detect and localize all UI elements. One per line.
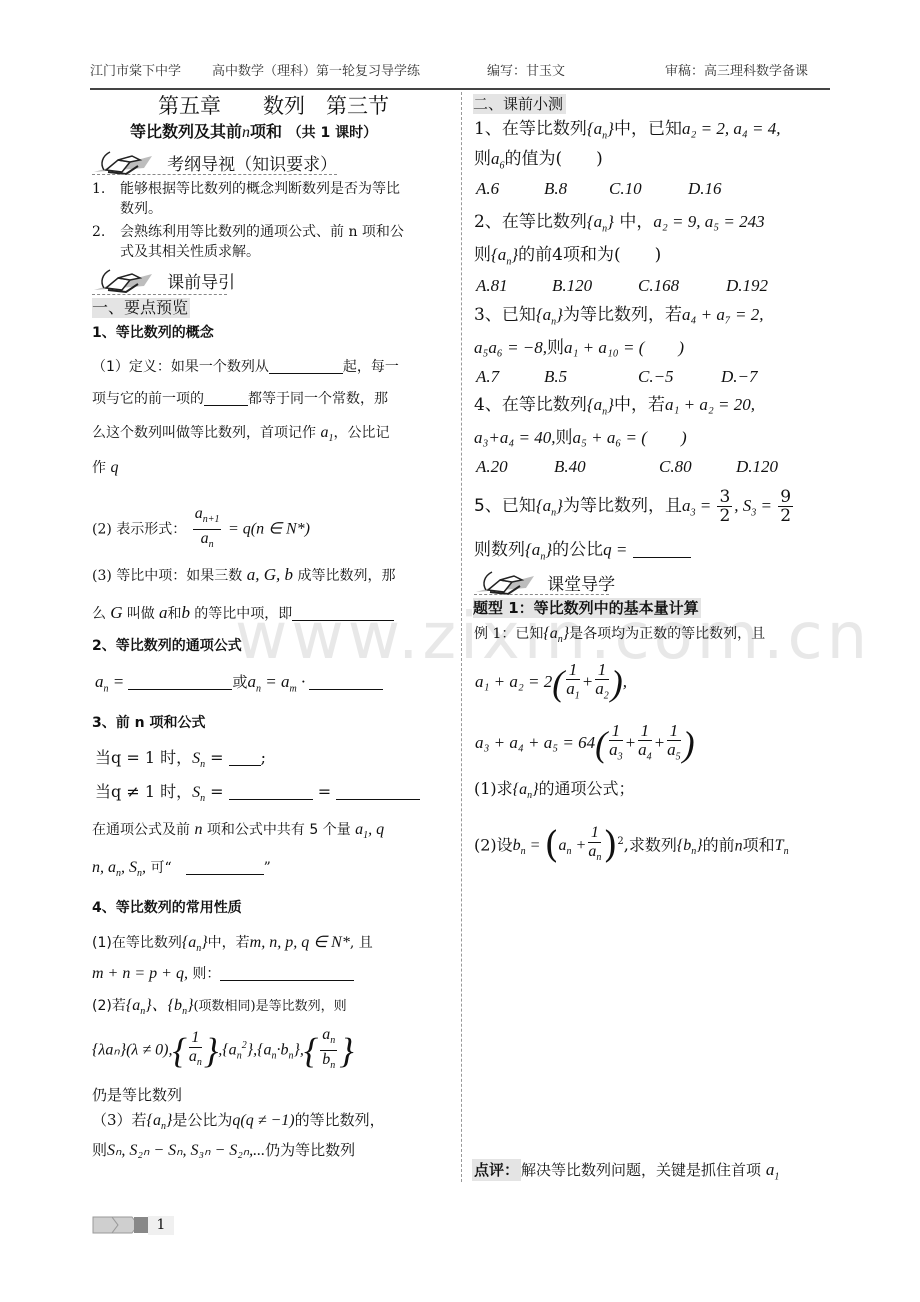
text: 的公比	[552, 540, 603, 560]
page-number: 1	[148, 1216, 174, 1235]
text: 是各项均为正数的等比数列，且	[569, 626, 765, 642]
text: 中，若	[614, 395, 665, 415]
text: 的等比数列，	[295, 1111, 385, 1129]
option-c[interactable]: C.10	[609, 179, 642, 199]
property-2-line1: (2)若{an}、{bn}(项数相同)是等比数列，则	[92, 996, 347, 1022]
text: 叫做	[127, 606, 155, 622]
part-title-preview: 一、要点预览	[92, 298, 190, 318]
text: 的通项公式；	[538, 779, 634, 798]
text: 项与它的前一项的	[92, 391, 204, 407]
text: 3、已知	[474, 305, 536, 325]
fill-blank[interactable]	[269, 357, 343, 374]
item-number: 1.	[92, 181, 105, 197]
example-1-equation-1: a₁ + a₂ = 2(1a1+1a2),	[475, 660, 627, 705]
quiz-question-3-ask: a₅a₆ = −8,则a₁ + a₁₀ = ( )	[474, 338, 684, 358]
fill-blank[interactable]	[336, 783, 420, 800]
text: 仍为等比数列	[265, 1141, 355, 1159]
properties-heading: 4、等比数列的常用性质	[92, 898, 242, 918]
option-a[interactable]: A.81	[476, 276, 508, 296]
text: 的前4项和为( )	[518, 245, 661, 265]
text: 4、在等比数列	[474, 395, 587, 415]
concept-heading: 1、等比数列的概念	[92, 323, 214, 343]
option-c[interactable]: C.168	[638, 276, 679, 296]
chapter-title: 第五章 数列 第三节	[158, 96, 389, 116]
option-c[interactable]: C.80	[659, 457, 692, 477]
general-term-formula: an = 或an = am ·	[95, 672, 383, 699]
text: 为等比数列，若	[563, 305, 682, 325]
text: 则数列	[474, 540, 525, 560]
fill-blank[interactable]	[229, 783, 313, 800]
option-a[interactable]: A.6	[476, 179, 499, 199]
option-b[interactable]: B.5	[544, 367, 567, 387]
quiz-question-1-ask: 则a6的值为( )	[474, 149, 603, 176]
section-title-class: 课堂导学	[547, 575, 615, 595]
text: (2) 表示形式：	[92, 522, 186, 538]
definition-line3: 么这个数列叫做等比数列，首项记作 a1，公比记	[92, 423, 389, 449]
quiz-question-1: 1、在等比数列{an}中，已知a₂ = 2, a₄ = 4,	[474, 119, 780, 146]
form-equation: = q(n ∈ N*)	[228, 521, 310, 538]
text: 成等比数列，那	[297, 568, 395, 584]
text: 中，若	[208, 935, 250, 951]
requirement-item: 2.	[92, 222, 105, 242]
geometric-mean-line1: (3) 等比中项：如果三数 a, G, b 成等比数列，那	[92, 565, 395, 586]
math: Sₙ, S₂ₙ − Sₙ, S₃ₙ − S₂ₙ,...	[107, 1142, 265, 1159]
definition-line1: （1）定义：如果一个数列从起，每一	[92, 357, 399, 377]
requirement-text: 式及其相关性质求解。	[120, 242, 260, 262]
text: 当q = 1 时，	[95, 748, 192, 767]
fill-blank[interactable]	[309, 673, 383, 690]
comment-label: 点评：	[472, 1159, 521, 1181]
property-3-line2: 则Sₙ, S₂ₙ − Sₙ, S₃ₙ − S₂ₙ,...仍为等比数列	[92, 1140, 355, 1161]
math: a₃+a₄ = 40,	[474, 428, 556, 447]
option-d[interactable]: D.120	[736, 457, 778, 477]
page-header: 江门市棠下中学 高中数学（理科）第一轮复习导学练 编写：甘玉文 审稿：高三理科数…	[90, 56, 830, 80]
fill-blank[interactable]	[292, 604, 394, 621]
math: q(q ≠ −1)	[232, 1112, 294, 1129]
text: 则	[547, 338, 564, 358]
subtitle-n: n	[242, 124, 250, 141]
header-school: 江门市棠下中学	[90, 60, 181, 79]
math: a₄ + a₇ = 2,	[682, 305, 764, 324]
part-title-quiz: 二、课前小测	[473, 94, 566, 114]
text: (3) 等比中项：如果三数	[92, 568, 242, 584]
quiz-question-4-ask: a₃+a₄ = 40,则a₅ + a₆ = ( )	[474, 428, 687, 448]
text: 当q ≠ 1 时，	[95, 782, 192, 801]
property-1-line1: (1)在等比数列{an}中，若m, n, p, q ∈ N*, 且	[92, 933, 373, 959]
text: 为等比数列，且	[563, 496, 682, 516]
text: 则	[92, 1141, 107, 1159]
text: 项和	[743, 835, 775, 854]
section-title-intro: 课前导引	[167, 273, 235, 293]
example-1-part-2: (2)设bn = (an +1an)2,求数列{bn}的前n项和Tn	[474, 818, 789, 877]
text: (项数相同)是等比数列，则	[193, 999, 346, 1014]
item-number: 2.	[92, 224, 105, 240]
text: 的值为( )	[505, 149, 603, 169]
sum-formula-heading: 3、前 n 项和公式	[92, 713, 205, 733]
sum-q-not-1: 当q ≠ 1 时，Sn = =	[95, 782, 420, 809]
lesson-subtitle: 等比数列及其前n项和 （共 1 课时）	[130, 122, 377, 143]
page-footer: 1	[92, 1215, 178, 1239]
quiz-question-5: 5、已知{an}为等比数列，且a3 = 32, S3 = 92	[474, 486, 795, 533]
text: (2)若	[92, 998, 126, 1014]
math: a₁ + a₂ = 2	[475, 672, 552, 691]
header-author: 编写：甘玉文	[487, 60, 565, 79]
option-d[interactable]: D.16	[688, 179, 722, 199]
fill-blank[interactable]	[229, 749, 261, 766]
ratio-fraction: an+1an	[193, 505, 222, 554]
text: 中，	[619, 212, 653, 232]
text: 作	[92, 460, 106, 476]
five-quantities-line2: n, an, Sn, 可“”	[92, 858, 271, 884]
geometric-mean-line2: 么 G 叫做 a和b 的等比中项，即	[92, 603, 394, 624]
problem-type-title: 题型 1：等比数列中的基本量计算	[473, 598, 701, 618]
text: 么	[92, 606, 106, 622]
five-quantities-line1: 在通项公式及前 n 项和公式中共有 5 个量 a1, q	[92, 820, 384, 846]
math-vars: a, G, b	[247, 565, 293, 584]
quiz-question-2-ask: 则{an}的前4项和为( )	[474, 245, 661, 272]
text: 则	[474, 149, 491, 169]
option-a[interactable]: A.7	[476, 367, 499, 387]
text: 的等比中项，即	[194, 606, 292, 622]
book-quill-icon	[92, 268, 156, 294]
quiz-question-4: 4、在等比数列{an}中，若a₁ + a₂ = 20,	[474, 395, 755, 422]
text: 和	[168, 606, 182, 622]
option-d[interactable]: D.−7	[721, 367, 758, 387]
definition-line2: 项与它的前一项的都等于同一个常数，那	[92, 389, 388, 409]
subtitle-period: （共 1 课时）	[288, 125, 378, 141]
text: 或	[232, 673, 247, 691]
representation-form: (2) 表示形式： an+1an = q(n ∈ N*)	[92, 505, 310, 554]
text: 项和公式中共有 5 个量	[207, 822, 351, 838]
text: 则	[474, 245, 491, 265]
text: (1)在等比数列	[92, 935, 182, 951]
math: a₂ = 9, a₅ = 243	[653, 212, 764, 231]
requirement-text: 能够根据等比数列的概念判断数列是否为等比	[120, 179, 400, 199]
fill-blank[interactable]	[633, 541, 691, 558]
text: ，公比记	[333, 425, 389, 441]
text: 是公比为	[172, 1111, 232, 1129]
fill-blank[interactable]	[186, 858, 264, 875]
section-underline	[92, 174, 337, 175]
section-underline	[92, 294, 227, 295]
comment-line: 点评：解决等比数列问题，关键是抓住首项 a1	[472, 1160, 779, 1187]
column-divider	[461, 92, 462, 1182]
section-title-outline: 考纲导视（知识要求）	[167, 155, 337, 175]
example-1-part-1: (1)求{an}的通项公式；	[474, 779, 635, 806]
section-heading-outline: 考纲导视（知识要求）	[92, 150, 337, 176]
property-1-line2: m + n = p + q, 则：	[92, 964, 354, 984]
section-heading-class: 课堂导学	[474, 570, 615, 596]
sum-q-equals-1: 当q = 1 时，Sn = ;	[95, 748, 266, 775]
math: a₅ + a₆ = ( )	[573, 428, 687, 447]
fill-blank[interactable]	[128, 673, 232, 690]
option-c[interactable]: C.−5	[638, 367, 674, 387]
math: a₁ + a₂ = 20,	[665, 395, 755, 414]
text: 则：	[192, 966, 220, 982]
text: 么这个数列叫做等比数列，首项记作	[92, 425, 316, 441]
quiz-question-5-ask: 则数列{an}的公比q =	[474, 540, 691, 567]
example-1-equation-2: a₃ + a₄ + a₅ = 64(1a3+1a4+1a5)	[475, 721, 695, 766]
quiz-question-3: 3、已知{an}为等比数列，若a₄ + a₇ = 2,	[474, 305, 763, 332]
requirement-text: 数列。	[120, 199, 162, 219]
text: 在通项公式及前	[92, 822, 190, 838]
math: m + n = p + q,	[92, 965, 188, 982]
math: a₃ + a₄ + a₅ = 64	[475, 733, 595, 752]
subtitle-tail: 项和	[250, 122, 282, 141]
text: 可“	[150, 860, 171, 876]
section-heading-intro: 课前导引	[92, 268, 235, 294]
header-course: 高中数学（理科）第一轮复习导学练	[212, 60, 420, 79]
property-2-sequences: {λaₙ}(λ ≠ 0),{1an},{an2},{an·bn},{anbn}	[92, 1024, 354, 1079]
text: 则	[556, 428, 573, 448]
text: 的前	[703, 835, 735, 854]
text: 中，已知	[614, 119, 682, 139]
text: 起，每一	[343, 359, 399, 375]
math: {λaₙ}(λ ≠ 0),	[92, 1041, 172, 1058]
text: 1、在等比数列	[474, 119, 587, 139]
property-3-line1: （3）若{an}是公比为q(q ≠ −1)的等比数列，	[92, 1110, 385, 1137]
text: 都等于同一个常数，那	[248, 391, 388, 407]
quiz-question-2: 2、在等比数列{an} 中，a₂ = 9, a₅ = 243	[474, 212, 765, 239]
text: 2、在等比数列	[474, 212, 587, 232]
option-b[interactable]: B.120	[552, 276, 592, 296]
option-d[interactable]: D.192	[726, 276, 768, 296]
text: （1）定义：如果一个数列从	[92, 359, 269, 375]
text: 5、已知	[474, 496, 536, 516]
text: , 且	[350, 935, 373, 951]
book-quill-icon	[92, 150, 156, 176]
text: ”	[264, 860, 271, 876]
comment-text: 解决等比数列问题，关键是抓住首项	[521, 1161, 761, 1179]
header-reviewer: 审稿：高三理科数学备课	[665, 60, 808, 79]
text: (1)求	[474, 779, 513, 798]
text: ,求数列	[624, 835, 677, 854]
math: a₁ + a₁₀ = ( )	[564, 338, 684, 357]
text: 例 1：已知	[474, 626, 543, 642]
option-b[interactable]: B.40	[554, 457, 586, 477]
math: m, n, p, q ∈ N*	[250, 934, 350, 951]
math: a₂ = 2, a₄ = 4,	[682, 119, 781, 138]
fill-blank[interactable]	[204, 389, 248, 406]
definition-line4: 作 q	[92, 458, 118, 478]
general-term-heading: 2、等比数列的通项公式	[92, 636, 242, 656]
requirement-item: 1.	[92, 179, 105, 199]
fill-blank[interactable]	[220, 964, 354, 981]
example-1-intro: 例 1：已知{an}是各项均为正数的等比数列，且	[474, 624, 765, 650]
subtitle-text: 等比数列及其前	[130, 122, 242, 141]
header-rule	[90, 88, 830, 90]
text: （3）若	[92, 1111, 147, 1129]
option-b[interactable]: B.8	[544, 179, 567, 199]
property-2-note: 仍是等比数列	[92, 1085, 182, 1105]
section-underline	[474, 594, 609, 595]
math: a₅a₆ = −8,	[474, 338, 547, 357]
requirement-text: 会熟练利用等比数列的通项公式、前 n 项和公	[120, 222, 404, 242]
text: (2)设	[474, 835, 513, 854]
option-a[interactable]: A.20	[476, 457, 508, 477]
math: q =	[603, 540, 627, 559]
book-quill-icon	[474, 570, 538, 596]
